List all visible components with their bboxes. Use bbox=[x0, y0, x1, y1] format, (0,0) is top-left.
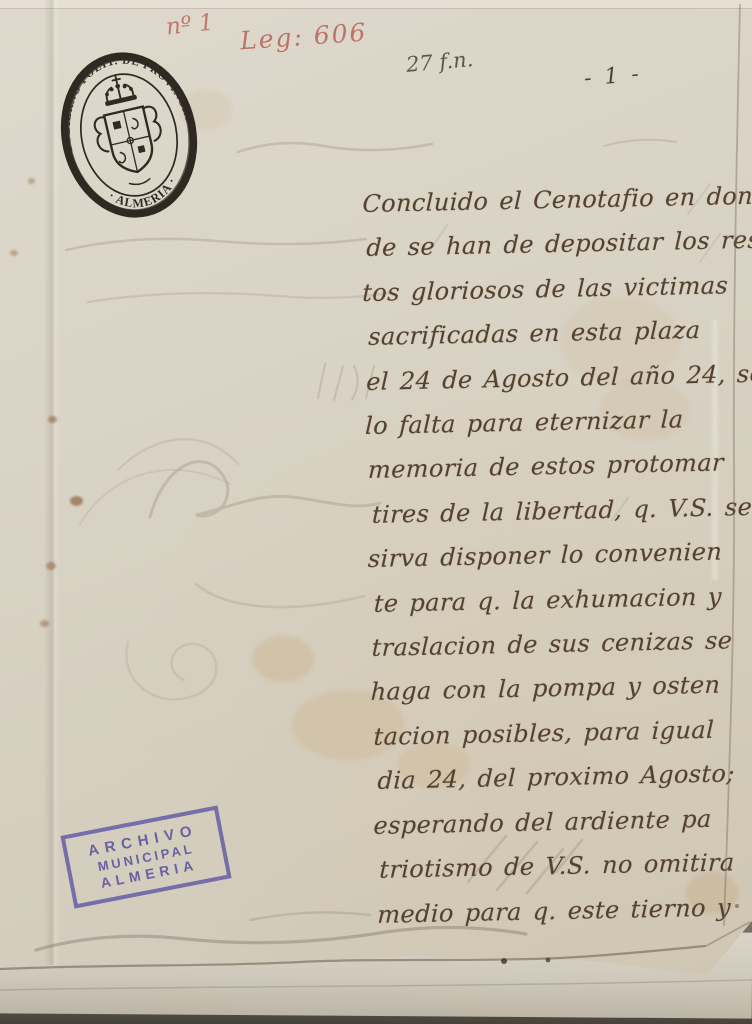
letter-line-16: triotismo de V.S. no omitira bbox=[379, 840, 752, 893]
binding-spot bbox=[10, 250, 18, 256]
letter-line-4: sacrificadas en esta plaza bbox=[368, 307, 752, 360]
page-top-edge bbox=[0, 0, 752, 9]
archive-stamp-text: ARCHIVO MUNICIPAL ALMERIA bbox=[65, 810, 227, 904]
legajo-note: Leg: 606 bbox=[239, 18, 368, 56]
letter-line-12: haga con la pompa y osten bbox=[370, 662, 752, 715]
stain bbox=[252, 636, 314, 682]
binding-spot bbox=[40, 620, 49, 627]
manuscript-page: · GOBIERNO POLIT. DE PROVINCIA · · ALMER… bbox=[0, 0, 752, 1024]
binding-spot bbox=[48, 416, 57, 423]
number-note: nº 1 bbox=[165, 10, 215, 41]
folio-note: 27 f.n. bbox=[405, 47, 474, 77]
letter-line-17: medio para q. este tierno y bbox=[377, 884, 752, 937]
binding-spot bbox=[28, 178, 35, 184]
seal-coat-of-arms bbox=[92, 104, 171, 191]
letter-line-15: esperando del ardiente pa bbox=[373, 795, 752, 848]
letter-line-9: sirva disponer lo convenien bbox=[367, 529, 752, 582]
page-number-note: - 1 - bbox=[583, 62, 643, 92]
seal-crown-icon bbox=[100, 72, 138, 106]
letter-line-14: dia 24, del proximo Agosto; bbox=[377, 751, 752, 804]
letter-line-2: de se han de depositar los res bbox=[366, 218, 752, 271]
archive-municipal-stamp: ARCHIVO MUNICIPAL ALMERIA bbox=[60, 805, 231, 908]
letter-line-10: te para q. la exhumacion y bbox=[373, 573, 752, 626]
letter-line-7: memoria de estos protomar bbox=[367, 440, 752, 493]
archival-document-photo: · GOBIERNO POLIT. DE PROVINCIA · · ALMER… bbox=[0, 0, 752, 1024]
binding-spot bbox=[70, 496, 83, 506]
provincial-government-seal: · GOBIERNO POLIT. DE PROVINCIA · · ALMER… bbox=[39, 30, 218, 239]
binding-spot bbox=[46, 562, 56, 570]
letter-body: Concluido el Cenotafio en don de se han … bbox=[362, 174, 752, 937]
